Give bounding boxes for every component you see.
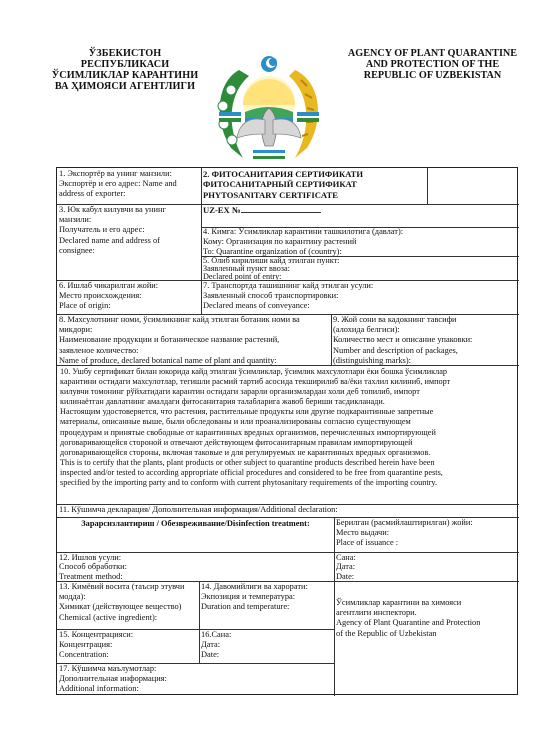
field-label: 11. Кўшимча декларация/ Дополнительная и… — [59, 505, 517, 515]
field-treatment-date[interactable]: 16.Сана: Дата: Date: — [199, 629, 334, 663]
field-label: Берилган (расмийлаштирилган) жойи: — [336, 518, 517, 528]
field-label: 8. Махсулотнинг номи, ўсимликнинг кайд э… — [59, 315, 329, 325]
field-label: of the Republic of Uzbekistan — [336, 629, 517, 639]
statement-line: inspected and/or tested to according app… — [60, 468, 517, 478]
field-label: заявленое количество: — [59, 346, 329, 356]
field-label: 6. Ишлаб чикарилган жойи: — [59, 281, 199, 291]
statement-line: specified by the importing party and to … — [60, 478, 517, 488]
certificate-number-box[interactable] — [427, 168, 519, 204]
field-treatment-method[interactable]: 12. Ишлов усули: Способ обработки: Treat… — [57, 552, 334, 581]
header-right-line: AGENCY OF PLANT QUARANTINE — [335, 48, 530, 59]
field-consignee[interactable]: 3. Юк кабул килувчи ва унинг манзили: По… — [57, 204, 201, 280]
field-label: Duration and temperature: — [201, 602, 332, 612]
field-issue-date[interactable]: Сана: Дата: Date: — [334, 552, 519, 581]
statement-line: Настоящим удостоверяется, что растения, … — [60, 407, 517, 417]
field-label: Name of produce, declared botanical name… — [59, 356, 329, 365]
field-chemical[interactable]: 13. Кимёвий восита (таъсир этувчи модда)… — [57, 581, 199, 629]
field-label: consignee: — [59, 246, 199, 256]
field-label: Date: — [336, 572, 517, 581]
field-label: модда): — [59, 592, 197, 602]
field-to-quarantine-org[interactable]: 4. Кимга: Ўсимликлар карантини ташкилоти… — [201, 227, 519, 257]
field-label: Экпозиция и температура: — [201, 592, 332, 602]
statement-line: This is to certify that the plants, plan… — [60, 458, 517, 468]
section-heading: Зарарсизлантириш / Обезвреживание/Disinf… — [59, 519, 332, 529]
field-produce-name[interactable]: 8. Махсулотнинг номи, ўсимликнинг кайд э… — [57, 314, 331, 365]
statement-line: договаривающейся стороны, включая таковы… — [60, 448, 517, 458]
field-point-of-entry[interactable]: 5. Олиб кирилиши кайд этилган пункт: Зая… — [201, 256, 519, 280]
field-label: Дата: — [336, 562, 517, 571]
field-label: 1. Экспортёр ва унинг манзили: — [59, 169, 199, 179]
field-label: Концентрация: — [59, 640, 197, 650]
statement-line: материалы, описанные выше, были обследов… — [60, 417, 517, 427]
field-label: Chemical (active ingredient): — [59, 613, 197, 623]
statement-line: карантини остидаги махсулотлар, тегишли … — [60, 377, 517, 387]
certificate-form: 1. Экспортёр ва унинг манзили: Экспортёр… — [56, 167, 518, 695]
disinfection-treatment-heading: Зарарсизлантириш / Обезвреживание/Disinf… — [57, 517, 334, 552]
field-label: Место выдачи: — [336, 528, 517, 538]
field-duration-temperature[interactable]: 14. Давомийлиги ва харорати: Экпозиция и… — [199, 581, 334, 629]
title-line: PHYTOSANITARY CERTIFICATE — [203, 190, 425, 200]
field-label: Treatment method: — [59, 572, 332, 581]
field-label: 15. Концентрацияси: — [59, 630, 197, 640]
field-label: Additional information: — [59, 684, 332, 694]
inspector-signature-block[interactable]: Ўсимликлар карантини ва химояси агентлиг… — [334, 597, 519, 647]
field-packages[interactable]: 9. Жой сони ва кадокнинг тавсифи (алохид… — [331, 314, 519, 365]
field-label: 16.Сана: — [201, 630, 332, 640]
field-label: 13. Кимёвий восита (таъсир этувчи — [59, 582, 197, 592]
field-label: Химикат (действующее вещество) — [59, 602, 197, 612]
field-exporter[interactable]: 1. Экспортёр ва унинг манзили: Экспортёр… — [57, 168, 201, 204]
field-label: Ўсимликлар карантини ва химояси — [336, 598, 517, 608]
header-right-line: REPUBLIC OF UZBEKISTAN — [335, 70, 530, 81]
field-means-of-conveyance[interactable]: 7. Транспортда ташишнинг кайд этилган ус… — [201, 280, 519, 314]
header-left-line: РЕСПУБЛИКАСИ — [40, 59, 210, 70]
field-label: 14. Давомийлиги ва харорати: — [201, 582, 332, 592]
statement-line: 10. Ушбу сертификат билан юкорида кайд э… — [60, 367, 517, 377]
certificate-number-underline — [241, 212, 321, 213]
header-left-line: ЎЗБЕКИСТОН — [40, 48, 210, 59]
statement-line: договаривающейся стороной и отвечают дей… — [60, 438, 517, 448]
field-label: 12. Ишлов усули: — [59, 553, 332, 562]
field-place-of-issuance[interactable]: Берилган (расмийлаштирилган) жойи: Место… — [334, 517, 519, 552]
title-line: ФИТОСАНИТАРНЫЙ СЕРТИФИКАТ — [203, 179, 425, 189]
field-label: Place of issuance : — [336, 538, 517, 548]
agency-name-uzbek: ЎЗБЕКИСТОН РЕСПУБЛИКАСИ ЎСИМЛИКЛАР КАРАН… — [40, 48, 210, 92]
field-label: Получатель и его адрес: — [59, 225, 199, 235]
field-label: Declared point of entry: — [203, 273, 517, 280]
field-label: микдори: — [59, 325, 329, 335]
field-label: address of exporter: — [59, 189, 199, 199]
certificate-title: 2. ФИТОСАНИТАРИЯ СЕРТИФИКАТИ ФИТОСАНИТАР… — [201, 168, 427, 204]
field-place-of-origin[interactable]: 6. Ишлаб чикарилган жойи: Место происхож… — [57, 280, 201, 314]
field-label: 9. Жой сони ва кадокнинг тавсифи — [333, 315, 517, 325]
statement-line: килувчи томонинг рўйхатидаги карантин ос… — [60, 387, 517, 397]
field-label: (алохида белгиси): — [333, 325, 517, 335]
statement-line: килинаётган давлатнинг амалдаги фитосани… — [60, 397, 517, 407]
field-additional-information[interactable]: 17. Кўшимча маълумотлар: Дополнительная … — [57, 663, 334, 696]
field-label: Место происхождения: — [59, 291, 199, 301]
field-label: Дополнительная информация: — [59, 674, 332, 684]
field-label: Concentration: — [59, 650, 197, 660]
field-label: (distinguishing marks): — [333, 356, 517, 365]
field-label: Кому: Организация по карантину растений — [203, 237, 517, 247]
field-label: Agency of Plant Quarantine and Protectio… — [336, 618, 517, 628]
agency-name-english: AGENCY OF PLANT QUARANTINE AND PROTECTIO… — [335, 48, 530, 81]
field-label: манзили: — [59, 215, 199, 225]
field-label: Наименование продукции и ботаническое на… — [59, 335, 329, 345]
certification-statement: 10. Ушбу сертификат билан юкорида кайд э… — [57, 365, 519, 504]
field-label: Дата: — [201, 640, 332, 650]
field-label: Declared means of conveyance: — [203, 301, 517, 311]
field-label: Сана: — [336, 553, 517, 562]
field-label: 17. Кўшимча маълумотлар: — [59, 664, 332, 674]
field-concentration[interactable]: 15. Концентрацияси: Концентрация: Concen… — [57, 629, 199, 663]
certificate-number-field[interactable]: UZ-EX № — [201, 204, 519, 227]
statement-line: процедурам и принятые свободные от каран… — [60, 428, 517, 438]
field-label: Place of origin: — [59, 301, 199, 311]
header-right-line: AND PROTECTION OF THE — [335, 59, 530, 70]
field-label: агентлиги инспектори. — [336, 608, 517, 618]
state-emblem-icon — [209, 50, 329, 168]
title-line: 2. ФИТОСАНИТАРИЯ СЕРТИФИКАТИ — [203, 169, 425, 179]
certificate-number-label: UZ-EX № — [203, 205, 241, 215]
field-label: Экспортёр и его адрес: Name and — [59, 179, 199, 189]
field-label: Способ обработки: — [59, 562, 332, 571]
header-left-line: ВА ҲИМОЯСИ АГЕНТЛИГИ — [40, 81, 210, 92]
field-label: Date: — [201, 650, 332, 660]
field-label: 3. Юк кабул килувчи ва унинг — [59, 205, 199, 215]
field-additional-declaration[interactable]: 11. Кўшимча декларация/ Дополнительная и… — [57, 504, 519, 517]
field-label: Number and description of packages, — [333, 346, 517, 356]
field-label: Declared name and address of — [59, 236, 199, 246]
field-label: 7. Транспортда ташишнинг кайд этилган ус… — [203, 281, 517, 291]
header-left-line: ЎСИМЛИКЛАР КАРАНТИНИ — [40, 70, 210, 81]
field-label: Заявленный способ транспортировки: — [203, 291, 517, 301]
field-label: 4. Кимга: Ўсимликлар карантини ташкилоти… — [203, 227, 517, 237]
field-label: Количество мест и описание упаковки: — [333, 335, 517, 345]
